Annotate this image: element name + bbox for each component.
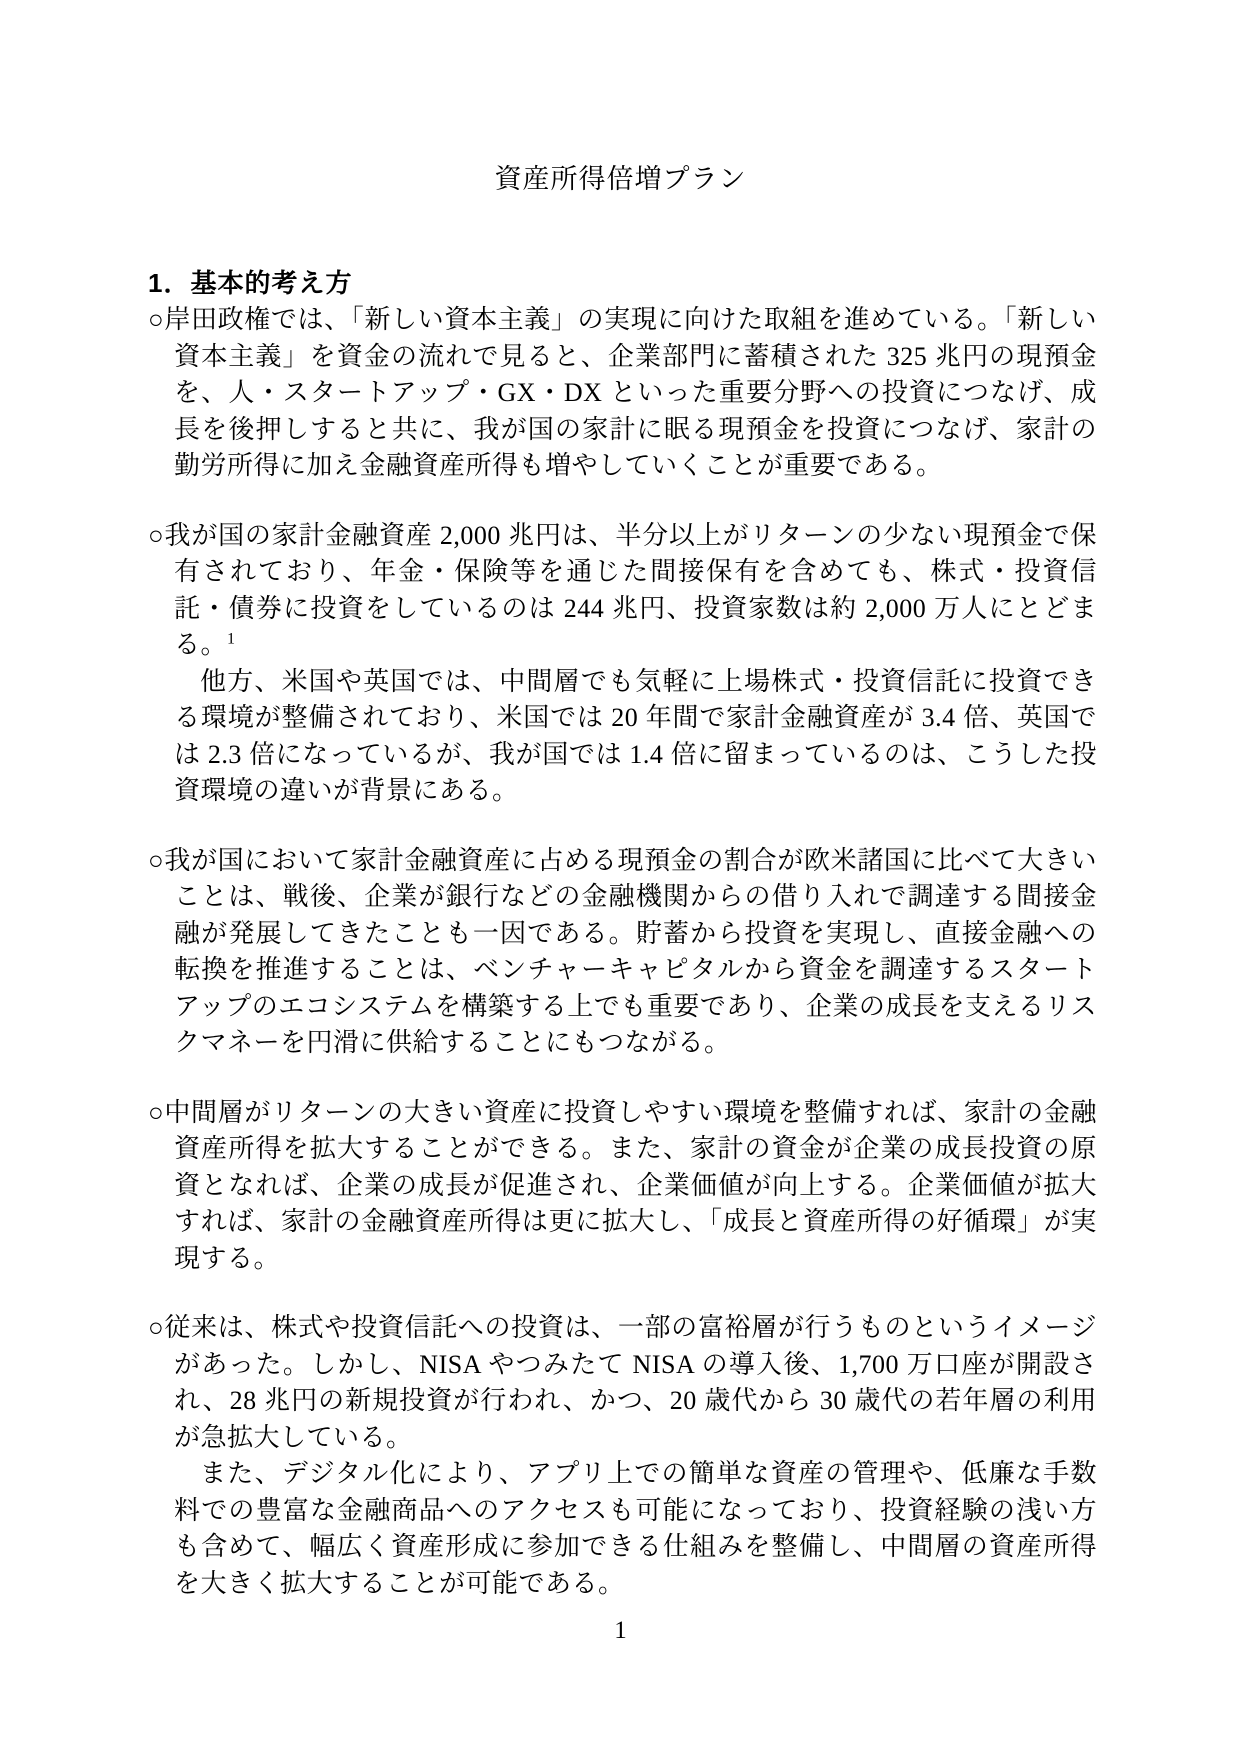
paragraph-text: 他方、米国や英国では、中間層でも気軽に上場株式・投資信託に投資できる環境が整備さ… [174,664,1097,810]
paragraph-text: ○従来は、株式や投資信託への投資は、一部の富裕層が行うものというイメージがあった… [174,1310,1097,1456]
paragraph: ○我が国において家計金融資産に占める現預金の割合が欧米諸国に比べて大きいことは、… [148,843,1097,1062]
paragraph-text: ○我が国の家計金融資産 2,000 兆円は、半分以上がリターンの少ない現預金で保… [174,518,1097,664]
bullet-marker: ○ [148,1098,164,1127]
document-title: 資産所得倍増プラン [0,160,1241,198]
footnote-ref: 1 [227,630,236,647]
document-body: 1．基本的考え方 ○岸田政権では、「新しい資本主義」の実現に向けた取組を進めてい… [148,265,1097,1602]
paragraph: ○我が国の家計金融資産 2,000 兆円は、半分以上がリターンの少ない現預金で保… [148,518,1097,810]
bullet-marker: ○ [148,1313,164,1342]
section-heading: 1．基本的考え方 [148,265,1097,302]
paragraph: ○中間層がリターンの大きい資産に投資しやすい環境を整備すれば、家計の金融資産所得… [148,1095,1097,1278]
page-number: 1 [0,1612,1241,1649]
paragraph-text: また、デジタル化により、アプリ上での簡単な資産の管理や、低廉な手数料での豊富な金… [174,1456,1097,1602]
bullet-marker: ○ [148,521,165,550]
paragraph-text: ○我が国において家計金融資産に占める現預金の割合が欧米諸国に比べて大きいことは、… [174,843,1097,1062]
bullet-marker: ○ [148,846,164,875]
bullet-marker: ○ [148,305,164,334]
paragraph: ○岸田政権では、「新しい資本主義」の実現に向けた取組を進めている。「新しい資本主… [148,302,1097,485]
paragraph: ○従来は、株式や投資信託への投資は、一部の富裕層が行うものというイメージがあった… [148,1310,1097,1602]
document-page: 資産所得倍増プラン 1．基本的考え方 ○岸田政権では、「新しい資本主義」の実現に… [0,0,1241,1754]
paragraph-list: ○岸田政権では、「新しい資本主義」の実現に向けた取組を進めている。「新しい資本主… [148,302,1097,1602]
paragraph-text: ○岸田政権では、「新しい資本主義」の実現に向けた取組を進めている。「新しい資本主… [174,302,1097,485]
paragraph-text: ○中間層がリターンの大きい資産に投資しやすい環境を整備すれば、家計の金融資産所得… [174,1095,1097,1278]
